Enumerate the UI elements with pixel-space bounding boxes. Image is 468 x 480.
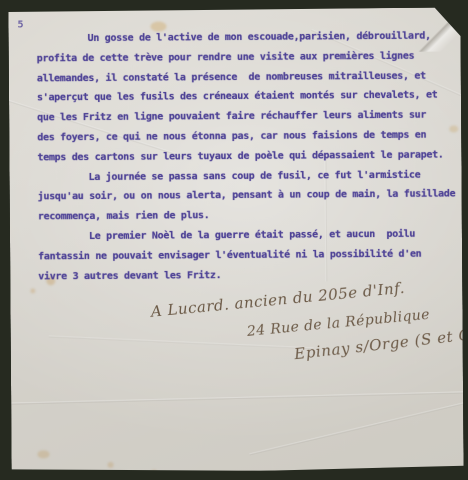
typed-line: jusqu'au soir, ou on nous alerta, pensan… (38, 185, 462, 208)
stain (37, 450, 49, 458)
typed-line: fantassin ne pouvait envisager l'éventua… (38, 244, 462, 267)
document-page: 5 Un gosse de l'active de mon escouade,p… (8, 7, 463, 472)
paper-crease (249, 399, 468, 455)
stain (30, 288, 35, 293)
typed-line: Le premier Noèl de la guerre était passé… (38, 224, 462, 247)
typed-line: des foyers, ce qui ne nous étonna pas, c… (37, 125, 461, 148)
typed-line: Un gosse de l'active de mon escouade,par… (37, 26, 461, 49)
page-number: 5 (17, 19, 23, 31)
paper-crease (11, 391, 463, 404)
stain (152, 470, 157, 475)
paper-crease (49, 335, 314, 349)
typed-line: profita de cette trève pour rendre une v… (37, 46, 461, 69)
typed-text-block: Un gosse de l'active de mon escouade,par… (37, 26, 463, 286)
typed-line: temps des cartons sur leurs tuyaux de po… (37, 145, 461, 168)
stain (108, 462, 114, 468)
